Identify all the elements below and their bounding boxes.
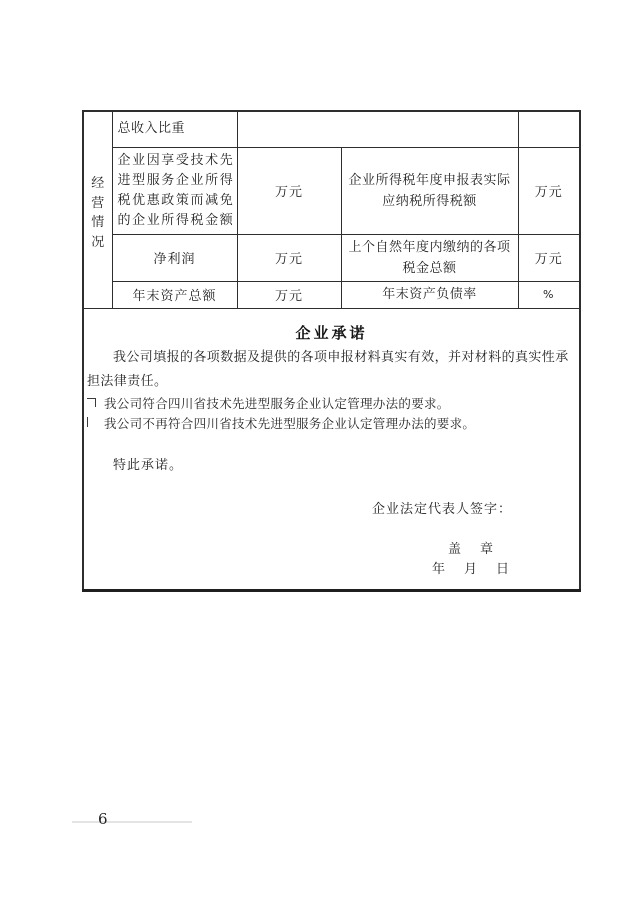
- seal-date-block: 盖 章 年 月 日: [87, 540, 576, 580]
- commitment-section: 企业承诺 我公司填报的各项数据及提供的各项申报材料真实有效，并对材料的真实性承担…: [83, 308, 580, 590]
- label-tax-reduction-amount: 企业因享受技术先进型服务企业所得税优惠政策而减免的企业所得税金额: [112, 147, 237, 234]
- unit-taxable-income: 万元: [518, 147, 580, 234]
- scan-artifact-line: [72, 821, 192, 823]
- unit-tax-reduction: 万元: [237, 147, 341, 234]
- table-row: 经营情况 总收入比重: [83, 111, 580, 147]
- unit-year-end-assets: 万元: [237, 281, 341, 308]
- label-year-end-assets: 年末资产总额: [112, 281, 237, 308]
- commitment-option-2: 我公司不再符合四川省技术先进型服务企业认定管理办法的要求。: [87, 414, 576, 434]
- scanned-document-page: 经营情况 总收入比重 企业因享受技术先进型服务企业所得税优惠政策而减免的企业所得…: [0, 0, 636, 900]
- unit-total-taxes-paid: 万元: [518, 234, 580, 281]
- label-total-taxes-paid: 上个自然年度内缴纳的各项税金总额: [341, 234, 518, 281]
- unit-net-profit: 万元: [237, 234, 341, 281]
- label-total-revenue-ratio: 总收入比重: [112, 111, 237, 147]
- operating-status-table: 经营情况 总收入比重 企业因享受技术先进型服务企业所得税优惠政策而减免的企业所得…: [82, 110, 581, 592]
- commitment-option-1-label: 我公司符合四川省技术先进型服务企业认定管理办法的要求。: [104, 396, 450, 411]
- date-label: 年 月 日: [432, 560, 512, 580]
- table-row: 净利润 万元 上个自然年度内缴纳的各项税金总额 万元: [83, 234, 580, 281]
- unit-debt-ratio: %: [518, 281, 580, 308]
- checkbox-no-longer-compliant[interactable]: [87, 417, 90, 427]
- label-taxable-income: 企业所得税年度申报表实际应纳税所得税额: [341, 147, 518, 234]
- commitment-option-1: 我公司符合四川省技术先进型服务企业认定管理办法的要求。: [87, 394, 576, 414]
- table-row: 企业因享受技术先进型服务企业所得税优惠政策而减免的企业所得税金额 万元 企业所得…: [83, 147, 580, 234]
- row-group-operating-status: 经营情况: [83, 111, 112, 308]
- value-total-revenue-ratio: [237, 111, 518, 147]
- table-row: 年末资产总额 万元 年末资产负债率 %: [83, 281, 580, 308]
- table-row: 企业承诺 我公司填报的各项数据及提供的各项申报材料真实有效，并对材料的真实性承担…: [83, 308, 580, 590]
- commitment-title: 企业承诺: [87, 323, 576, 343]
- commitment-paragraph: 我公司填报的各项数据及提供的各项申报材料真实有效，并对材料的真实性承担法律责任。: [87, 346, 576, 394]
- pledge-statement: 特此承诺。: [87, 458, 576, 474]
- label-net-profit: 净利润: [112, 234, 237, 281]
- label-debt-ratio: 年末资产负债率: [341, 281, 518, 308]
- unit-total-revenue-ratio: [518, 111, 580, 147]
- commitment-option-2-label: 我公司不再符合四川省技术先进型服务企业认定管理办法的要求。: [104, 416, 475, 431]
- checkbox-compliant[interactable]: [87, 398, 96, 407]
- row-group-label: 经营情况: [90, 174, 105, 252]
- seal-label: 盖 章: [432, 540, 512, 560]
- page-number: 6: [98, 810, 108, 828]
- legal-representative-signature-label: 企业法定代表人签字：: [87, 502, 576, 518]
